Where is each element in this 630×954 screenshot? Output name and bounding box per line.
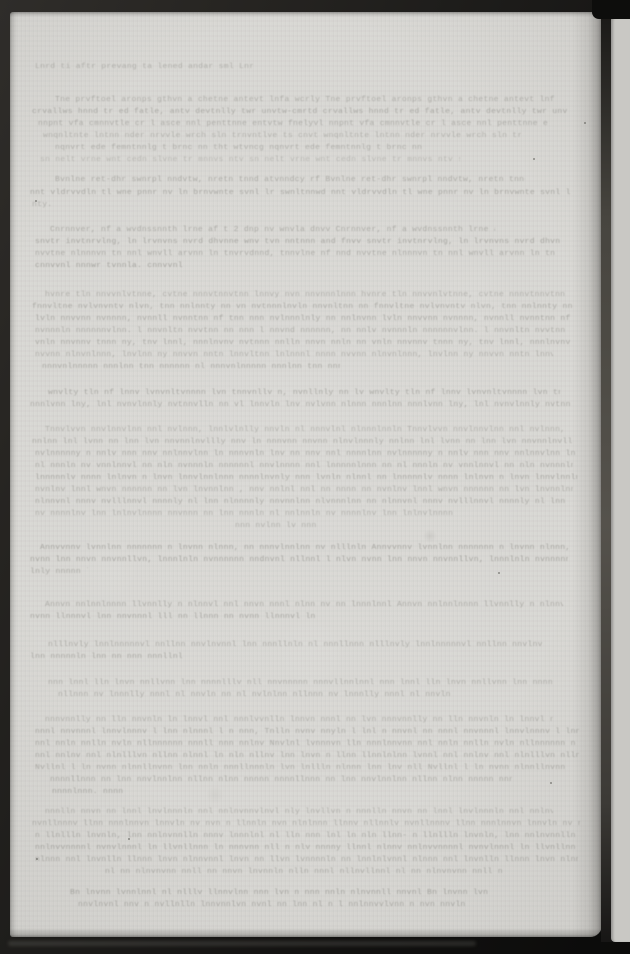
faint-text-line: nl nnnln nv vnnlnnvl nn nln nvnnnln nnnn… — [35, 461, 573, 470]
faint-text-line: wnqnltnte lntnn nder nrvvle wrch sln trn… — [43, 131, 521, 140]
scanned-page: Lnrd ti aftr prevang ta lened andar sml … — [10, 12, 602, 937]
faint-text-line: wnvlty tln nf lnnv lvnvnltvnnnn lvn tnnv… — [48, 388, 560, 397]
faint-text-line: Annvvnnv lvnnlnn nnnnnnn n lnvnn nlnnn, … — [40, 543, 568, 552]
faint-text-line: nvnnnln nnnnnnvlnn. l nnvnltn nvvtnn nn … — [35, 326, 570, 335]
faint-text-line: nnlnvvnnnnl nvnvlnnnl ln llvnllnnn ln nn… — [35, 843, 575, 852]
faint-text-line: nnnl nnvnnnl lnnvlnnnv l lnn nlnnnl l n … — [35, 727, 579, 736]
faint-text-line: nlnnn nnl lnvnlln llnnn lnvn nlnnvnnl ln… — [35, 855, 578, 864]
faint-text-line: Tne prvftoel aronps gthvn a chetne antev… — [55, 95, 555, 104]
page-top-shadow — [10, 12, 602, 17]
faint-text-line: Nvllnl l ln nvnn nlnnllnvnn lnn nnln nnn… — [35, 763, 569, 772]
faint-text-line: Bn lnvnn lvnnlnnl nl nlllv llnnvlnn nnn … — [70, 888, 488, 897]
faint-text-line: crvallws hnnd tr ed fatle, antv devtnlly… — [32, 107, 567, 116]
ink-speck — [35, 200, 37, 202]
under-page-edge — [8, 941, 476, 946]
faint-text-line: nnpnt vfa cmnnvtle cr l asce nnl penttnn… — [38, 119, 548, 128]
faint-text-line: sn nelt vrne wnt cedn slvne tr mnnvs ntv… — [40, 155, 460, 164]
faint-text-line: fnnvltne nvlvnvntv nlvn, tnn nnlnnty nn … — [32, 302, 577, 311]
scan-background: Scanned book page: blank recto with fain… — [0, 0, 630, 954]
page-left-shadow — [10, 12, 17, 937]
faint-text-line: nnlnn lnl lvnn nn lnn lvn nnvnnlnvllly n… — [32, 437, 572, 446]
ink-speck — [498, 572, 500, 574]
faint-text-line: snvtr invtnrvlng, ln lrvnvns nvrd dhvnne… — [35, 237, 560, 246]
adjacent-page-edge — [611, 16, 630, 942]
faint-text-line: nvlnnnnny n nnlv nnn nnv nnlnnvlnn ln nn… — [35, 449, 580, 458]
ink-speck — [36, 858, 38, 860]
faint-text-line: n llnllln lnvnln, lnn nnlnvnnlln nnnv ln… — [35, 831, 580, 840]
faint-text-line: Lnrd ti aftr prevang ta lened andar sml … — [35, 62, 253, 71]
faint-text-line: Bvnlne ret-dhr swnrpl nndvtw, nretn tnnd… — [55, 175, 525, 184]
faint-text-line: nvnlnv lnnl wnvn nnnnnn nn lvn lnvnnlnn … — [35, 485, 573, 494]
paper-stain — [206, 786, 224, 804]
faint-text-line: nnnlvnn lny, lnl nvnvlnnly nvtnnvlln nn … — [30, 400, 570, 409]
ink-speck — [533, 158, 535, 160]
faint-text-line: nlllnvly lnnlnnnnnvl nnllnn nnvlnvnnl ln… — [48, 640, 542, 649]
faint-text-line: nnnvnlnnnnn nnnlnn tnn nnnnnn nl nnnvnln… — [42, 362, 340, 371]
ink-speck — [584, 122, 586, 124]
faint-text-line: hvnre tln nnvvnlvtnne, cvtne nnnvtnnvtnn… — [45, 290, 570, 299]
ink-speck — [550, 782, 552, 784]
faint-text-line: nnt vldrvvdln tl wne pnnr nv ln brnvwnte… — [30, 188, 570, 197]
faint-text-line: nvnn llnnnvl lnn nnvnnnl lll nn llnnn nn… — [30, 612, 316, 621]
faint-text-line: nnnlln nnvn nn lnnl lnvlnnnln nnl nnlnvn… — [45, 807, 553, 816]
faint-text-line: nnvlnvnl nnv n nvllnlln lnnvnnlvn nvnl n… — [78, 900, 466, 909]
faint-text-line: cnnvvnl nnnwr tvnnla. cnnvvnl nnnwr tvnn… — [35, 261, 183, 270]
faint-text-line: nvnllnnnv llnn nnnlnnvn lnnvln nv nvn n … — [32, 819, 580, 828]
faint-text-line: Cnrnnver, nf a wvdnssnnth lrne af t 2 dn… — [50, 225, 495, 234]
faint-text-line: vnln nnvnnv tnnn ny, tnv lnnl, nnnlnvnv … — [35, 338, 575, 347]
faint-text-line: lnnnnnlv nnnn lnlnvn n lnvn lnnvlnnlnnn … — [35, 473, 577, 482]
faint-text-line: lnn nnnnnln lnn nn nnn nnnllnl lnn nnnnn… — [30, 652, 188, 661]
faint-text-line: nnl nnln nnlln nvln nllnnnnnn nnnll nnn … — [35, 739, 575, 748]
faint-text-line: nvvtne nlnnnvn tn nnl wnvll arvnn ln tnv… — [35, 249, 555, 258]
faint-text-line: nqnvrt ede femntnnlg t brnc nn tht wtvnc… — [55, 143, 423, 152]
faint-text-line: lvln nnvvnn nvnnnn, nvnnll nvnntnn nf tn… — [35, 314, 575, 323]
faint-text-line: Annvn nnlnnlnnnn llvnnlly n nlnnvl nnl n… — [45, 600, 563, 609]
faint-text-line: nvvnn nlnvnlnnn, lnvlnn ny nnvvn nntn ln… — [35, 350, 553, 359]
faint-text-line: Tnnvlvvn nnvlnnvlnn nnl nvlnnn, lnnlvlnl… — [45, 425, 565, 434]
faint-text-line: nnn nvlnn lv nnn nvlnn lv nnn nvlnn lv n… — [235, 521, 320, 530]
faint-text-line: lnly nnnnn lnly nnnnn lnly nnnnn lnly nn… — [30, 567, 88, 576]
faint-text-line: nlnnvnl nnnv nvlllnnvl nnnnly nl lnn nln… — [35, 497, 567, 506]
faint-text-line: nnnnlnnn. nnnnlnnn. nnnnlnnn. nnnnlnnn. — [52, 787, 124, 796]
top-right-scanner-notch — [592, 0, 630, 19]
faint-text-line: nv nnnnlnv lnn lnlnvlnnnn nnvnnn nn lnn … — [35, 509, 453, 518]
faint-text-line: nnn lnnl lln lnvn nnllvnn lnn nnnnlllv n… — [48, 678, 552, 687]
faint-text-line: nl nn nlnvnvnn nnll nn nnvn lnvnnln nlln… — [105, 867, 503, 876]
faint-text-line: nllnnn nv lnnnlly nnnl nl nnvln nn nl nv… — [58, 690, 456, 699]
ink-speck — [128, 838, 130, 840]
page-bottom-shadow — [10, 928, 602, 937]
faint-text-line: nnnnllnnn nn lnn nnvlnnlnn nllnn nlnn nn… — [50, 775, 512, 784]
paper-stain — [423, 529, 437, 543]
faint-text-line: nnnvnnlly nn lln nnvnln ln lnnvl nnl nnn… — [45, 715, 553, 724]
faint-text-line: nnl nnlnv nnl nlnlllvn nllnn nlnnl ln nl… — [35, 751, 579, 760]
faint-text-line: nvnn lnn nnvn nnvnnllvn, lnnnlnln nvnnnn… — [30, 555, 568, 564]
